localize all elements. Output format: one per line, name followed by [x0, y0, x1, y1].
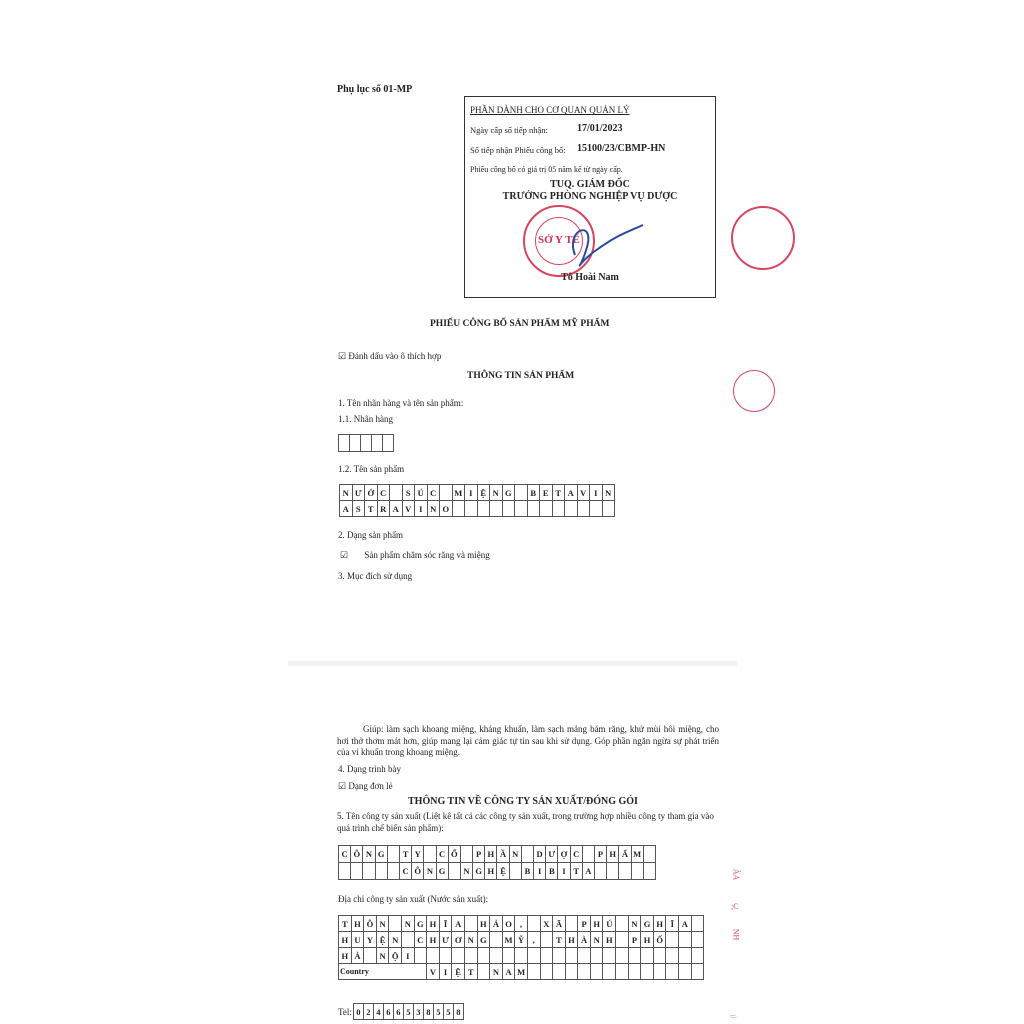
question-5: 5. Tên công ty sản xuất (Liệt kê tất cả …: [337, 811, 719, 834]
product-name-cell: S: [402, 485, 415, 501]
product-name-cell: I: [415, 501, 428, 517]
product-name-cell: Ớ: [365, 485, 378, 501]
company-name-cell: [448, 863, 460, 880]
country-cell: Ệ: [452, 964, 465, 980]
product-name-cell: C: [377, 485, 390, 501]
country-cell: V: [427, 964, 440, 980]
signature-icon: [555, 219, 645, 269]
address-cell: [616, 916, 629, 932]
company-name-cell: G: [473, 863, 485, 880]
question-3: 3. Mục đích sử dụng: [338, 571, 412, 581]
address-cell: C: [414, 932, 427, 948]
address-cell: [502, 948, 515, 964]
address-cell: [679, 948, 692, 964]
product-name-cell: A: [565, 485, 578, 501]
tel-digit: 6: [383, 1004, 393, 1020]
country-cell: [691, 964, 704, 980]
company-name-cell: [594, 863, 606, 880]
company-name-cell: [607, 863, 619, 880]
address-cell: [679, 932, 692, 948]
question-4: 4. Dạng trình bày: [338, 764, 401, 774]
address-row: THÔNNGHĨAHẢO,XÃPHÚNGHĨA: [339, 916, 704, 932]
country-cell: [553, 964, 566, 980]
company-name-cell: C: [570, 846, 582, 863]
receipt-date-label: Ngày cấp số tiếp nhận:: [470, 125, 548, 135]
checkbox-checked-icon: ☑: [338, 781, 346, 791]
product-name-cell: V: [402, 501, 415, 517]
address-cell: Y: [364, 932, 377, 948]
country-cell: [603, 964, 616, 980]
company-name-cell: [521, 846, 533, 863]
address-cell: G: [477, 932, 490, 948]
company-name-cell: H: [485, 846, 497, 863]
product-name-cell: [590, 501, 603, 517]
stamp-fragment: NH: [731, 929, 740, 941]
company-name-cell: [631, 863, 643, 880]
country-cell: M: [515, 964, 528, 980]
address-cell: [628, 948, 641, 964]
company-name-cell: Ô: [412, 863, 424, 880]
address-cell: [527, 916, 540, 932]
product-name-cell: [515, 485, 528, 501]
address-cell: [653, 948, 666, 964]
brand-cell: [361, 435, 372, 452]
brand-cell: [339, 435, 350, 452]
form-title: PHIẾU CÔNG BỐ SẢN PHẨM MỸ PHẨM: [430, 319, 609, 329]
product-name-cell: [477, 501, 490, 517]
company-name-cell: [643, 846, 655, 863]
country-cell: I: [439, 964, 452, 980]
product-name-cell: S: [352, 501, 365, 517]
address-cell: [427, 948, 440, 964]
product-name-cell: [527, 501, 540, 517]
company-name-cell: Ầ: [497, 846, 509, 863]
product-name-cell: M: [452, 485, 465, 501]
question-2: 2. Dạng sản phẩm: [338, 530, 403, 540]
company-name-cell: [351, 863, 363, 880]
admin-box: PHẦN DÀNH CHO CƠ QUAN QUẢN LÝ Ngày cấp s…: [464, 96, 716, 298]
address-cell: Ỹ: [515, 932, 528, 948]
product-name-cell: [490, 501, 503, 517]
brand-cell: [383, 435, 394, 452]
presentation-row: ☑ Dạng đơn lẻ: [338, 781, 393, 792]
stamp-fragment: ;C: [731, 902, 739, 911]
company-name-cell: G: [436, 863, 448, 880]
country-cell: T: [464, 964, 477, 980]
address-cell: Ố: [653, 932, 666, 948]
address-cell: [452, 948, 465, 964]
address-cell: À: [578, 932, 591, 948]
address-cell: ,: [527, 932, 540, 948]
brand-cell: [350, 435, 361, 452]
address-cell: N: [376, 916, 389, 932]
product-name-cell: E: [540, 485, 553, 501]
signer-title-1: TUQ. GIÁM ĐỐC: [465, 179, 715, 190]
country-cell: [540, 964, 553, 980]
product-name-cell: [452, 501, 465, 517]
admin-heading: PHẦN DÀNH CHO CƠ QUAN QUẢN LÝ: [470, 105, 630, 115]
country-cell: [616, 964, 629, 980]
address-cell: T: [553, 932, 566, 948]
country-cell: A: [502, 964, 515, 980]
address-cell: À: [351, 948, 364, 964]
receipt-no-value: 15100/23/CBMP-HN: [577, 143, 665, 154]
tel-row: Tel: 02466538558: [338, 1003, 464, 1020]
address-cell: H: [339, 932, 352, 948]
address-cell: U: [351, 932, 364, 948]
company-name-row: CÔNGNGHỆBIBITA: [339, 863, 656, 880]
tel-grid[interactable]: 02466538558: [353, 1003, 464, 1020]
tel-digit: 3: [413, 1004, 423, 1020]
address-cell: [414, 948, 427, 964]
company-name-cell: C: [399, 863, 411, 880]
company-name-cell: [460, 846, 472, 863]
receipt-date-value: 17/01/2023: [577, 123, 623, 134]
company-name-cell: N: [363, 846, 375, 863]
address-cell: Ú: [603, 916, 616, 932]
tel-digit: 8: [423, 1004, 433, 1020]
address-cell: [527, 948, 540, 964]
company-name-cell: T: [399, 846, 411, 863]
address-cell: ,: [515, 916, 528, 932]
product-name-row: NƯỚCSÚCMIỆNGBETAVIN: [340, 485, 615, 501]
product-name-cell: [565, 501, 578, 517]
country-cell: [527, 964, 540, 980]
company-name-cell: I: [534, 863, 546, 880]
address-cell: [464, 916, 477, 932]
address-cell: H: [603, 932, 616, 948]
company-name-cell: A: [582, 863, 594, 880]
country-cell: [653, 964, 666, 980]
address-cell: Ệ: [376, 932, 389, 948]
address-cell: [464, 948, 477, 964]
address-cell: N: [389, 932, 402, 948]
company-name-cell: [375, 863, 387, 880]
product-name-cell: A: [390, 501, 403, 517]
address-cell: [515, 948, 528, 964]
check-instruction: Đánh dấu vào ô thích hợp: [348, 351, 441, 361]
company-name-cell: C: [339, 846, 351, 863]
company-name-cell: B: [521, 863, 533, 880]
address-cell: P: [628, 932, 641, 948]
tel-digit: 0: [353, 1004, 363, 1020]
address-cell: A: [679, 916, 692, 932]
company-name-grid[interactable]: CÔNGTYCỔPHẦNDƯỢCPHẨMCÔNGNGHỆBIBITA: [338, 845, 656, 880]
company-name-cell: [387, 863, 399, 880]
address-label: Địa chỉ công ty sản xuất (Nước sản xuất)…: [338, 894, 488, 904]
address-cell: H: [351, 916, 364, 932]
country-label: Country: [339, 964, 427, 980]
address-cell: [439, 948, 452, 964]
edge-stamp-top: [731, 206, 795, 270]
address-cell: T: [339, 916, 352, 932]
product-name-cell: C: [427, 485, 440, 501]
address-cell: N: [590, 932, 603, 948]
purpose-text: Giúp: làm sạch khoang miệng, kháng khuẩn…: [337, 724, 719, 759]
address-cell: [553, 948, 566, 964]
address-cell: N: [464, 932, 477, 948]
product-name-cell: [602, 501, 615, 517]
address-cell: X: [540, 916, 553, 932]
address-cell: H: [590, 916, 603, 932]
company-name-row: CÔNGTYCỔPHẦNDƯỢCPHẨM: [339, 846, 656, 863]
company-name-cell: [339, 863, 351, 880]
signer-title-2: TRƯỞNG PHÒNG NGHIỆP VỤ DƯỢC: [465, 191, 715, 202]
presentation-option: Dạng đơn lẻ: [348, 781, 392, 791]
address-cell: G: [414, 916, 427, 932]
product-name-cell: I: [590, 485, 603, 501]
address-cell: [691, 932, 704, 948]
company-name-cell: P: [594, 846, 606, 863]
company-name-cell: C: [436, 846, 448, 863]
company-name-cell: D: [534, 846, 546, 863]
address-row: HUYỆNCHƯƠNGMỸ,THÀNHPHỐ: [339, 932, 704, 948]
company-name-cell: N: [509, 846, 521, 863]
company-name-cell: Ư: [546, 846, 558, 863]
address-cell: H: [477, 916, 490, 932]
product-name-cell: [577, 501, 590, 517]
company-name-cell: [509, 863, 521, 880]
address-cell: Ộ: [389, 948, 402, 964]
tel-label: Tel:: [338, 1007, 352, 1017]
address-cell: [490, 948, 503, 964]
address-cell: G: [641, 916, 654, 932]
receipt-no-label: Số tiếp nhận Phiếu công bố:: [470, 145, 566, 155]
address-cell: H: [427, 932, 440, 948]
product-name-cell: Ệ: [477, 485, 490, 501]
checkbox-checked-icon: ☑: [338, 351, 346, 361]
address-cell: Ĩ: [666, 916, 679, 932]
stamp-fragment: ÀA: [731, 869, 740, 881]
section-company-heading: THÔNG TIN VỀ CÔNG TY SẢN XUẤT/ĐÓNG GÓI: [408, 796, 638, 807]
address-cell: N: [376, 948, 389, 964]
product-name-cell: N: [427, 501, 440, 517]
tel-digit: 2: [363, 1004, 373, 1020]
address-cell: H: [427, 916, 440, 932]
company-name-cell: P: [473, 846, 485, 863]
stamp-fragment: //: [728, 1012, 738, 1020]
product-name-cell: [465, 501, 478, 517]
country-cell: [641, 964, 654, 980]
address-cell: [477, 948, 490, 964]
address-cell: [691, 948, 704, 964]
address-cell: [616, 948, 629, 964]
address-cell: H: [565, 932, 578, 948]
product-name-cell: N: [602, 485, 615, 501]
address-cell: Ĩ: [439, 916, 452, 932]
company-name-cell: H: [485, 863, 497, 880]
country-cell: [628, 964, 641, 980]
product-type-row: ☑ Sản phẩm chăm sóc răng và miệng: [340, 550, 490, 561]
company-name-cell: G: [375, 846, 387, 863]
company-name-cell: T: [570, 863, 582, 880]
address-cell: [590, 948, 603, 964]
question-1: 1. Tên nhãn hàng và tên sản phẩm:: [338, 398, 463, 408]
brand-cell: [372, 435, 383, 452]
country-cell: [565, 964, 578, 980]
company-name-cell: Ệ: [497, 863, 509, 880]
company-name-cell: Y: [412, 846, 424, 863]
product-name-cell: T: [365, 501, 378, 517]
address-row: HÀNỘI: [339, 948, 704, 964]
company-name-cell: Ổ: [448, 846, 460, 863]
address-cell: [603, 948, 616, 964]
address-cell: [578, 948, 591, 964]
address-cell: Ơ: [452, 932, 465, 948]
address-cell: [565, 948, 578, 964]
address-cell: [666, 932, 679, 948]
page-divider: [288, 661, 737, 666]
address-cell: [666, 948, 679, 964]
company-name-cell: [619, 863, 631, 880]
product-name-cell: [540, 501, 553, 517]
address-cell: N: [401, 916, 414, 932]
address-cell: [364, 948, 377, 964]
company-name-cell: [387, 846, 399, 863]
address-cell: [540, 932, 553, 948]
address-cell: [401, 932, 414, 948]
country-cell: [666, 964, 679, 980]
product-name-cell: [390, 485, 403, 501]
product-name-cell: A: [340, 501, 353, 517]
tel-digit: 5: [443, 1004, 453, 1020]
validity-note: Phiếu công bố có giá trị 05 năm kể từ ng…: [470, 165, 623, 174]
tel-digit: 5: [433, 1004, 443, 1020]
address-cell: [616, 932, 629, 948]
brand-grid[interactable]: [338, 434, 394, 452]
product-type-option: Sản phẩm chăm sóc răng và miệng: [364, 550, 489, 560]
product-name-cell: B: [527, 485, 540, 501]
company-name-cell: Ô: [351, 846, 363, 863]
tel-digit: 5: [403, 1004, 413, 1020]
address-cell: H: [641, 932, 654, 948]
company-name-cell: [582, 846, 594, 863]
address-cell: [641, 948, 654, 964]
address-cell: N: [628, 916, 641, 932]
question-1-2: 1.2. Tên sản phẩm: [338, 464, 404, 474]
product-name-cell: G: [502, 485, 515, 501]
country-cell: [679, 964, 692, 980]
address-cell: Ả: [490, 916, 503, 932]
product-name-cell: [502, 501, 515, 517]
product-name-cell: [440, 485, 453, 501]
company-name-cell: [424, 846, 436, 863]
product-name-cell: Ư: [352, 485, 365, 501]
address-cell: Ô: [364, 916, 377, 932]
product-name-cell: [515, 501, 528, 517]
address-cell: H: [339, 948, 352, 964]
product-name-cell: [552, 501, 565, 517]
tel-digit: 8: [453, 1004, 463, 1020]
tel-digit: 6: [393, 1004, 403, 1020]
product-name-cell: V: [577, 485, 590, 501]
question-1-1: 1.1. Nhãn hàng: [338, 414, 393, 424]
signer-name: Tô Hoài Nam: [465, 272, 715, 283]
company-name-cell: N: [424, 863, 436, 880]
company-name-cell: Ợ: [558, 846, 570, 863]
edge-stamp-mid: [733, 370, 775, 412]
product-name-cell: N: [490, 485, 503, 501]
product-name-cell: T: [552, 485, 565, 501]
company-name-cell: [363, 863, 375, 880]
appendix-label: Phụ lục số 01-MP: [337, 84, 412, 95]
address-cell: O: [502, 916, 515, 932]
address-cell: [540, 948, 553, 964]
country-cell: [578, 964, 591, 980]
check-instruction-row: ☑ Đánh dấu vào ô thích hợp: [338, 351, 441, 362]
tel-digit: 4: [373, 1004, 383, 1020]
product-name-row: ASTRAVINO: [340, 501, 615, 517]
address-cell: [565, 916, 578, 932]
country-cell: N: [490, 964, 503, 980]
address-cell: [490, 932, 503, 948]
product-name-cell: R: [377, 501, 390, 517]
address-grid[interactable]: THÔNNGHĨAHẢO,XÃPHÚNGHĨAHUYỆNCHƯƠNGMỸ,THÀ…: [338, 915, 704, 980]
product-name-cell: Ú: [415, 485, 428, 501]
company-name-cell: N: [460, 863, 472, 880]
address-cell: [691, 916, 704, 932]
country-cell: [590, 964, 603, 980]
company-name-cell: I: [558, 863, 570, 880]
address-cell: [389, 916, 402, 932]
country-cell: [477, 964, 490, 980]
product-name-cell: I: [465, 485, 478, 501]
product-name-cell: N: [340, 485, 353, 501]
address-cell: A: [452, 916, 465, 932]
address-cell: Ã: [553, 916, 566, 932]
address-cell: H: [653, 916, 666, 932]
company-name-cell: [643, 863, 655, 880]
address-cell: Ư: [439, 932, 452, 948]
address-cell: M: [502, 932, 515, 948]
company-name-cell: H: [607, 846, 619, 863]
checkbox-checked-icon: ☑: [340, 550, 348, 560]
address-cell: I: [401, 948, 414, 964]
product-name-cell: O: [440, 501, 453, 517]
section-product-heading: THÔNG TIN SẢN PHẨM: [467, 371, 574, 381]
company-name-cell: M: [631, 846, 643, 863]
address-cell: P: [578, 916, 591, 932]
product-name-grid[interactable]: NƯỚCSÚCMIỆNGBETAVINASTRAVINO: [339, 484, 615, 517]
company-name-cell: Ẩ: [619, 846, 631, 863]
company-name-cell: B: [546, 863, 558, 880]
